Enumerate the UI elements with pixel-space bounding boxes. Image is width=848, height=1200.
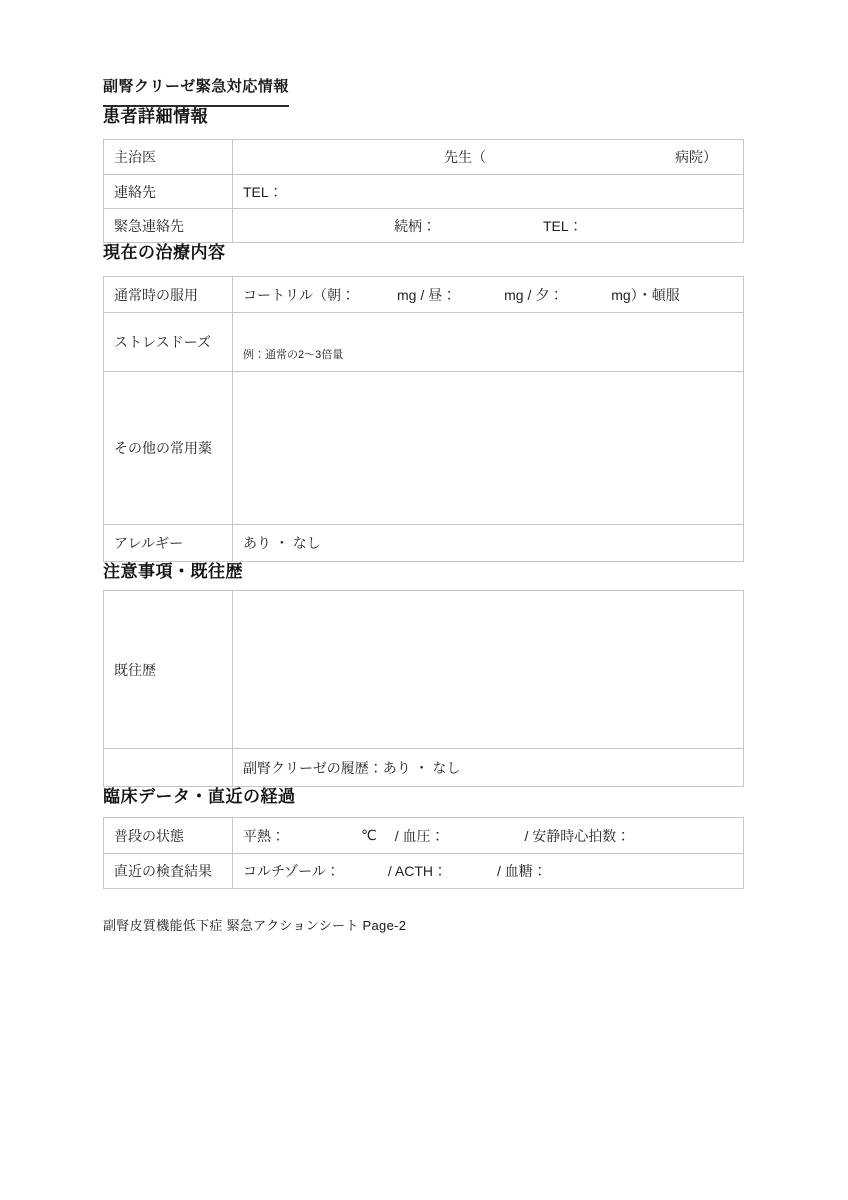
crisis-history-field: 副腎クリーゼの履歴：あり ・ なし — [233, 749, 743, 786]
table-row-stress-dose: ストレスドーズ 例：通常の2〜3倍量 — [104, 312, 743, 371]
doctor-field: 先生（ 病院） — [233, 140, 743, 174]
section-heading-current-treatment: 現在の治療内容 — [103, 243, 744, 263]
row-label-doctor: 主治医 — [104, 140, 233, 174]
row-label-emergency-contact: 緊急連絡先 — [104, 209, 233, 242]
doctor-suffix-text: 先生（ — [444, 147, 486, 167]
table-row-other-meds: その他の常用薬 — [104, 371, 743, 524]
table-row-crisis-history: 副腎クリーゼの履歴：あり ・ なし — [104, 748, 743, 786]
stress-dose-field: 例：通常の2〜3倍量 — [233, 313, 743, 371]
row-label-contact: 連絡先 — [104, 175, 233, 208]
hospital-suffix-text: 病院） — [675, 147, 717, 167]
row-label-recent-tests: 直近の検査結果 — [104, 854, 233, 888]
page-content: 副腎クリーゼ緊急対応情報 患者詳細情報 主治医 先生（ 病院） 連絡先 TEL：… — [103, 0, 744, 934]
normal-state-field: 平熱： ℃ / 血圧： / 安静時心拍数： — [233, 818, 743, 853]
page-footer: 副腎皮質機能低下症 緊急アクションシート Page-2 — [103, 915, 744, 934]
table-row-allergy: アレルギー あり ・ なし — [104, 524, 743, 561]
drug-evening-text: mg / 夕： — [504, 285, 563, 305]
emergency-tel-text: TEL： — [543, 216, 583, 236]
glucose-text: / 血糖： — [497, 861, 547, 881]
row-label-usual-dose: 通常時の服用 — [104, 277, 233, 312]
medical-history-field — [233, 591, 743, 748]
table-row-normal-state: 普段の状態 平熱： ℃ / 血圧： / 安静時心拍数： — [104, 818, 743, 853]
row-label-allergy: アレルギー — [104, 525, 233, 561]
temp-text: 平熱： — [243, 826, 285, 846]
table-row-usual-dose: 通常時の服用 コートリル（朝： mg / 昼： mg / 夕： mg）・頓服 — [104, 277, 743, 312]
drug-noon-text: mg / 昼： — [397, 285, 456, 305]
bp-text: / 血圧： — [395, 826, 445, 846]
allergy-options-text: あり ・ なし — [243, 533, 321, 553]
page-title: 副腎クリーゼ緊急対応情報 — [103, 78, 289, 107]
relation-text: 続柄： — [394, 216, 436, 236]
section-heading-history: 注意事項・既往歴 — [103, 562, 744, 582]
row-label-stress-dose: ストレスドーズ — [104, 313, 233, 371]
section-heading-patient-details: 患者詳細情報 — [103, 107, 744, 127]
allergy-field: あり ・ なし — [233, 525, 743, 561]
row-label-normal-state: 普段の状態 — [104, 818, 233, 853]
row-label-crisis-history — [104, 749, 233, 786]
row-label-other-meds: その他の常用薬 — [104, 372, 233, 524]
emergency-contact-field: 続柄： TEL： — [233, 209, 743, 242]
temp-unit-text: ℃ — [361, 827, 377, 844]
drug-end-text: mg）・頓服 — [611, 285, 679, 305]
document-page: { "page": { "title": "副腎クリーゼ緊急対応情報", "fo… — [0, 0, 848, 1200]
table-row-recent-tests: 直近の検査結果 コルチゾール： / ACTH： / 血糖： — [104, 853, 743, 888]
drug-morning-text: コートリル（朝： — [243, 285, 355, 305]
row-label-medical-history: 既往歴 — [104, 591, 233, 748]
hr-text: / 安静時心拍数： — [525, 826, 631, 846]
cortisol-text: コルチゾール： — [243, 861, 340, 881]
table-row-contact: 連絡先 TEL： — [104, 174, 743, 208]
clinical-data-table: 普段の状態 平熱： ℃ / 血圧： / 安静時心拍数： 直近の検査結果 コルチゾ… — [103, 817, 744, 889]
section-heading-clinical-data: 臨床データ・直近の経過 — [103, 787, 744, 807]
patient-details-table: 主治医 先生（ 病院） 連絡先 TEL： 緊急連絡先 続柄： TEL： — [103, 139, 744, 243]
table-row-doctor: 主治医 先生（ 病院） — [104, 140, 743, 174]
crisis-history-options-text: 副腎クリーゼの履歴：あり ・ なし — [243, 758, 461, 778]
stress-dose-example-text: 例：通常の2〜3倍量 — [243, 346, 343, 362]
recent-tests-field: コルチゾール： / ACTH： / 血糖： — [233, 854, 743, 888]
contact-tel-text: TEL： — [243, 182, 283, 202]
table-row-medical-history: 既往歴 — [104, 591, 743, 748]
other-meds-field — [233, 372, 743, 524]
usual-dose-field: コートリル（朝： mg / 昼： mg / 夕： mg）・頓服 — [233, 277, 743, 312]
document-header: 副腎クリーゼ緊急対応情報 — [103, 0, 744, 107]
current-treatment-table: 通常時の服用 コートリル（朝： mg / 昼： mg / 夕： mg）・頓服 ス… — [103, 276, 744, 562]
table-row-emergency-contact: 緊急連絡先 続柄： TEL： — [104, 208, 743, 242]
history-table: 既往歴 副腎クリーゼの履歴：あり ・ なし — [103, 590, 744, 787]
acth-text: / ACTH： — [388, 861, 447, 881]
contact-field: TEL： — [233, 175, 743, 208]
